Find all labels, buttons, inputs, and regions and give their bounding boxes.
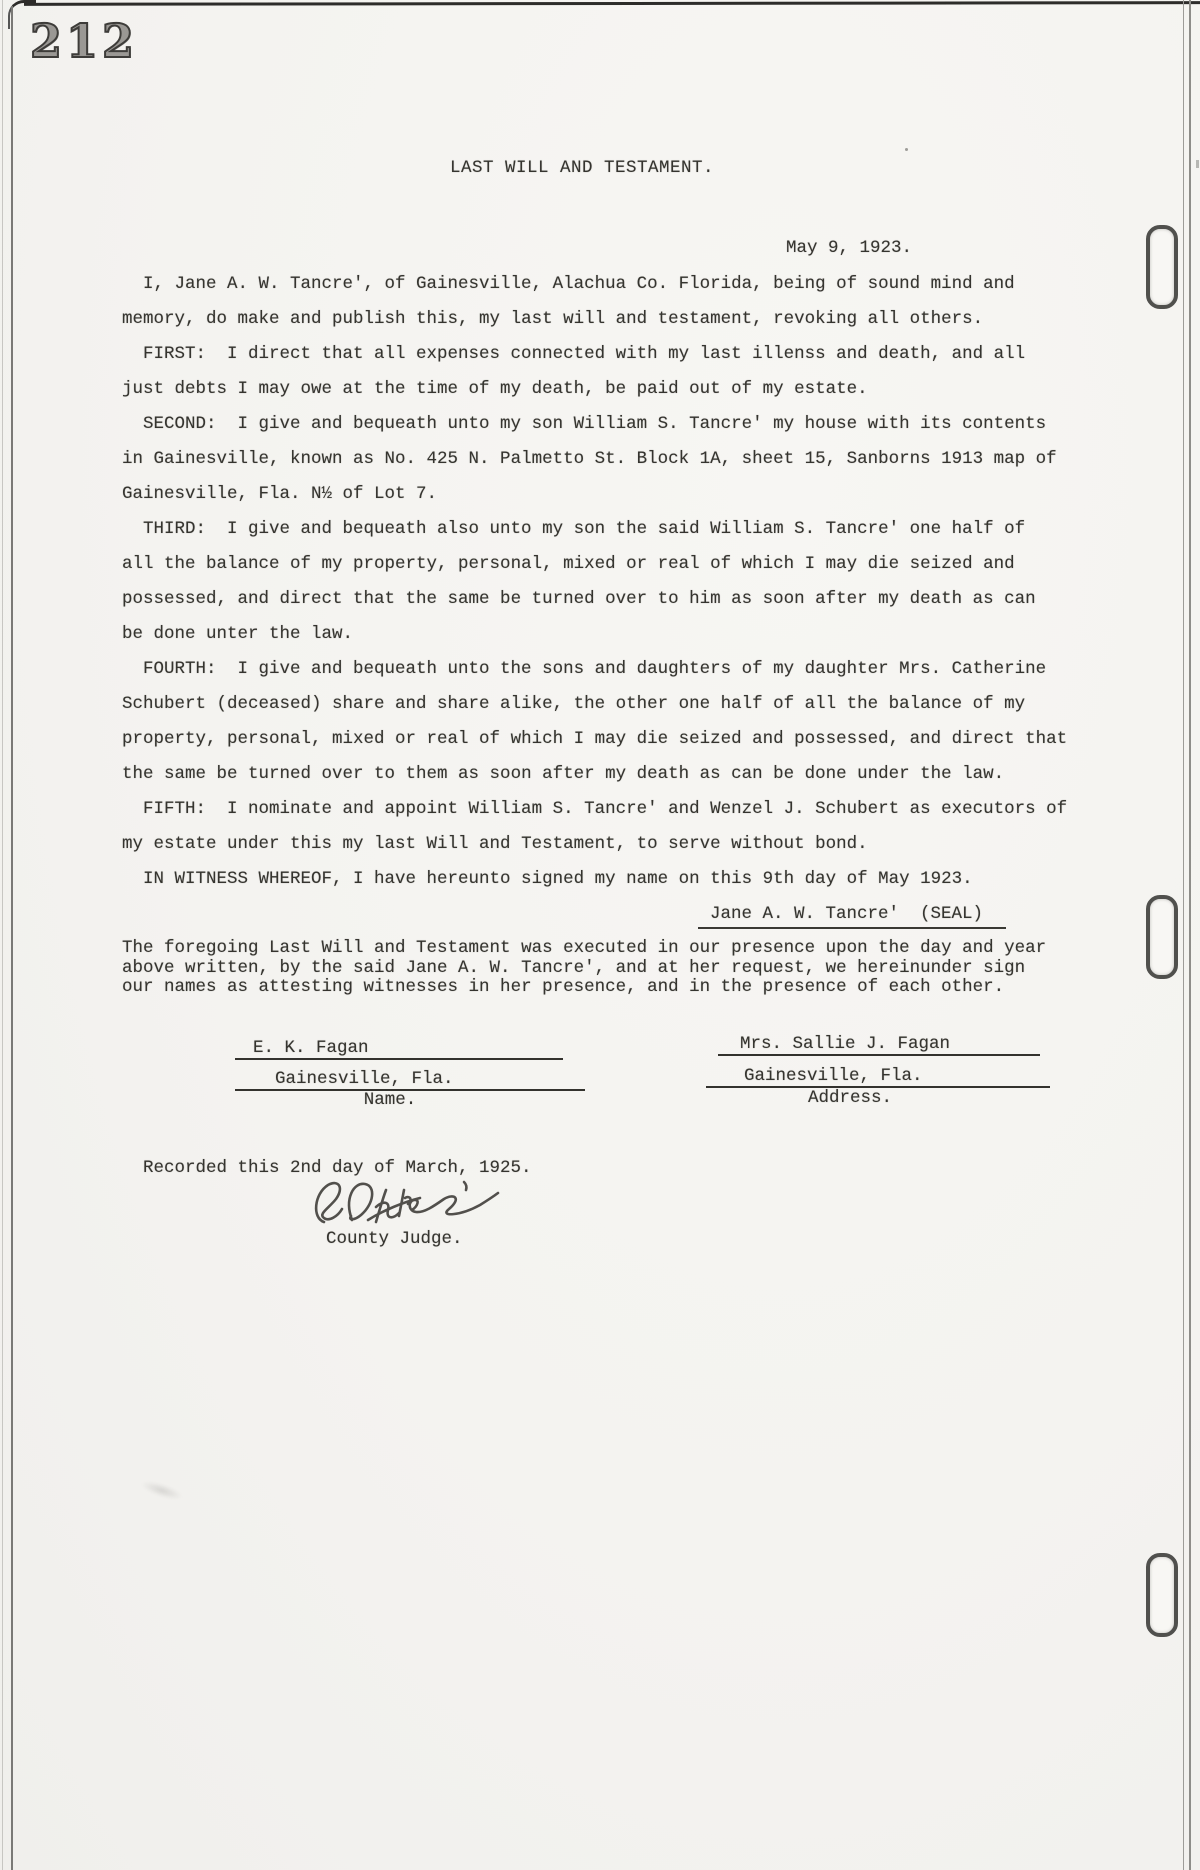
recorded-statement: Recorded this 2nd day of March, 1925. — [143, 1158, 532, 1178]
witness-label-address: Address. — [700, 1088, 1000, 1108]
scan-speck — [905, 148, 908, 151]
body-line: THIRD: I give and bequeath also unto my … — [122, 512, 1112, 547]
body-line: I, Jane A. W. Tancre', of Gainesville, A… — [122, 267, 1112, 302]
binding-hole — [1146, 1553, 1178, 1637]
body-line: IN WITNESS WHEREOF, I have hereunto sign… — [122, 862, 1112, 897]
body-line: FOURTH: I give and bequeath unto the son… — [122, 652, 1112, 687]
document-date: May 9, 1923. — [786, 238, 912, 258]
body-line: be done unter the law. — [122, 617, 1112, 652]
document-title: LAST WILL AND TESTAMENT. — [450, 158, 714, 178]
page-right-border — [1183, 0, 1184, 1870]
witness-address-left: Gainesville, Fla. — [235, 1069, 585, 1091]
page-top-border — [24, 1, 1200, 6]
ink-smudge — [139, 1478, 185, 1504]
attestation-clause: The foregoing Last Will and Testament wa… — [122, 939, 1062, 998]
body-line: property, personal, mixed or real of whi… — [122, 722, 1112, 757]
attestation-line: The foregoing Last Will and Testament wa… — [122, 939, 1062, 959]
page-left-border — [11, 6, 13, 1870]
scan-speck — [1196, 160, 1199, 168]
page-left-edge — [2, 0, 3, 1870]
attestation-line: our names as attesting witnesses in her … — [122, 978, 1062, 998]
scanned-will-page: 212 LAST WILL AND TESTAMENT. May 9, 1923… — [0, 0, 1200, 1870]
body-line: memory, do make and publish this, my las… — [122, 302, 1112, 337]
body-line: the same be turned over to them as soon … — [122, 757, 1112, 792]
body-line: Schubert (deceased) share and share alik… — [122, 687, 1112, 722]
body-line: possessed, and direct that the same be t… — [122, 582, 1112, 617]
body-line: FIFTH: I nominate and appoint William S.… — [122, 792, 1112, 827]
binding-hole — [1146, 225, 1178, 309]
witness-address-right: Gainesville, Fla. — [706, 1066, 1050, 1088]
binding-hole — [1146, 895, 1178, 979]
will-body: I, Jane A. W. Tancre', of Gainesville, A… — [122, 267, 1112, 897]
body-line: Gainesville, Fla. N½ of Lot 7. — [122, 477, 1112, 512]
body-line: SECOND: I give and bequeath unto my son … — [122, 407, 1112, 442]
witness-label-name: Name. — [235, 1090, 545, 1110]
witness-name-right: Mrs. Sallie J. Fagan — [718, 1034, 1040, 1056]
witness-name-left: E. K. Fagan — [235, 1038, 563, 1060]
attestation-line: above written, by the said Jane A. W. Ta… — [122, 959, 1062, 979]
body-line: my estate under this my last Will and Te… — [122, 827, 1112, 862]
page-right-edge — [1189, 0, 1191, 1870]
body-line: FIRST: I direct that all expenses connec… — [122, 337, 1112, 372]
judge-title: County Judge. — [326, 1229, 463, 1249]
body-line: just debts I may owe at the time of my d… — [122, 372, 1112, 407]
body-line: all the balance of my property, personal… — [122, 547, 1112, 582]
body-line: in Gainesville, known as No. 425 N. Palm… — [122, 442, 1112, 477]
page-number: 212 — [30, 14, 138, 68]
testator-signature-line: Jane A. W. Tancre' (SEAL) — [698, 901, 1006, 929]
